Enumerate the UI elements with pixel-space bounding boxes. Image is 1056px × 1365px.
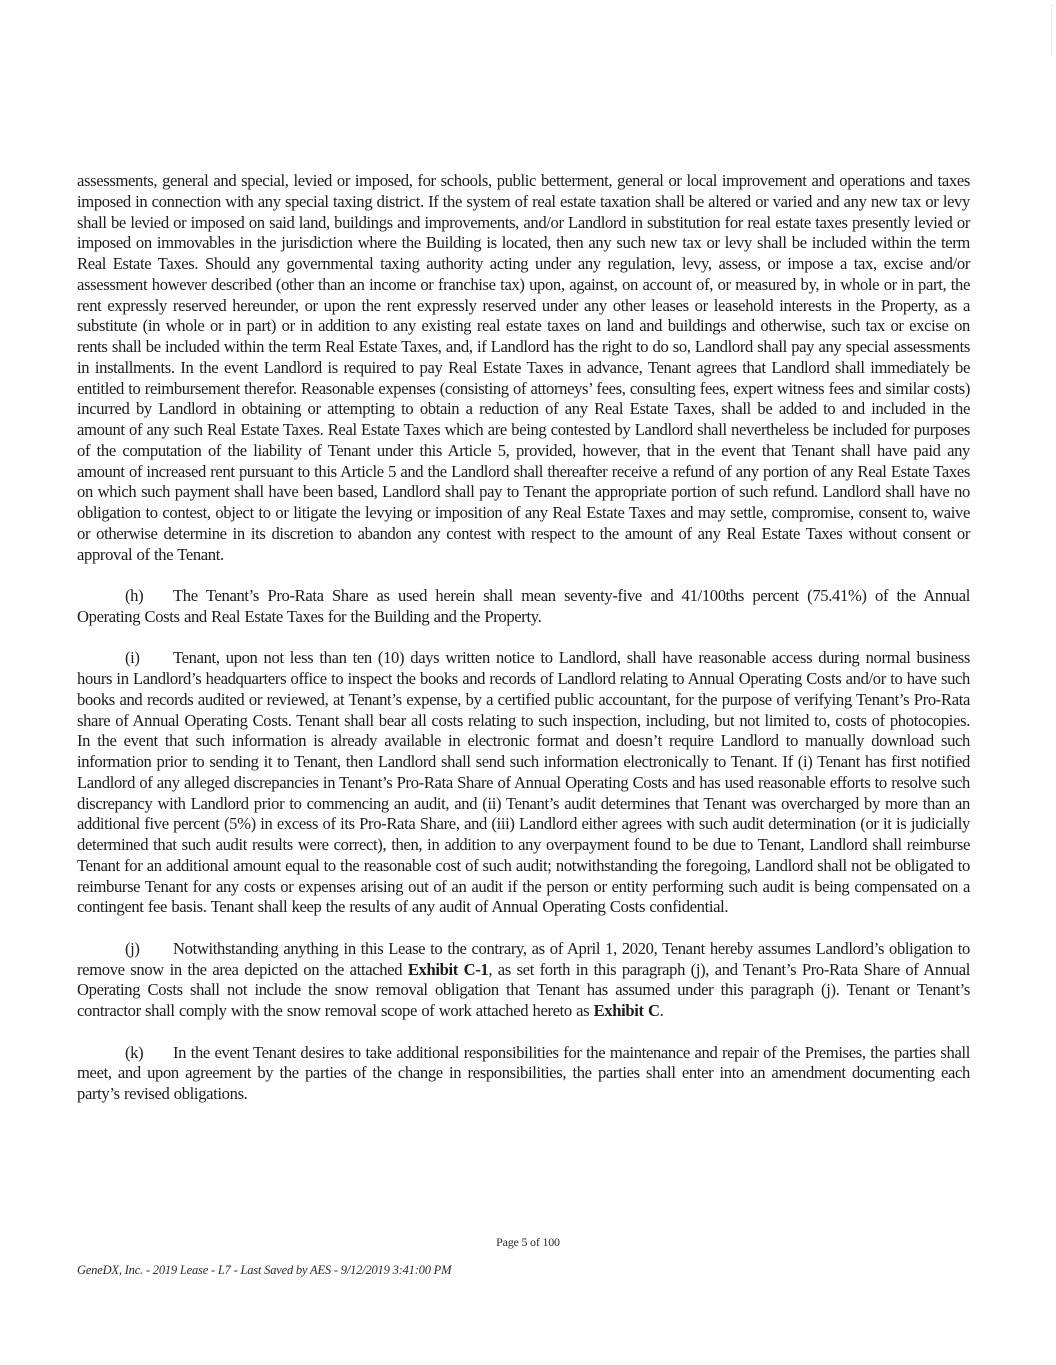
paragraph-h-text: The Tenant’s Pro-Rata Share as used here…	[77, 586, 970, 626]
paragraph-label-j: (j)	[125, 939, 173, 960]
paragraph-label-i: (i)	[125, 648, 173, 669]
page-number: Page 5 of 100	[0, 1235, 1056, 1250]
paragraph-k: (k)In the event Tenant desires to take a…	[77, 1043, 970, 1105]
paragraph-j-text-3: .	[660, 1001, 664, 1020]
paragraph-label-h: (h)	[125, 586, 173, 607]
paragraph-i: (i)Tenant, upon not less than ten (10) d…	[77, 648, 970, 918]
paragraph-k-text: In the event Tenant desires to take addi…	[77, 1043, 970, 1104]
paragraph-label-k: (k)	[125, 1043, 173, 1064]
paragraph-j: (j)Notwithstanding anything in this Leas…	[77, 939, 970, 1022]
paragraph-continuation: assessments, general and special, levied…	[77, 171, 970, 565]
paragraph-h: (h)The Tenant’s Pro-Rata Share as used h…	[77, 586, 970, 628]
paragraph-i-text: Tenant, upon not less than ten (10) days…	[77, 648, 970, 916]
document-body: assessments, general and special, levied…	[77, 171, 970, 1105]
exhibit-c-reference: Exhibit C	[594, 1001, 660, 1020]
scan-artifact	[1051, 5, 1054, 55]
exhibit-c1-reference: Exhibit C-1	[408, 960, 489, 979]
document-footer: GeneDX, Inc. - 2019 Lease - L7 - Last Sa…	[77, 1263, 451, 1278]
